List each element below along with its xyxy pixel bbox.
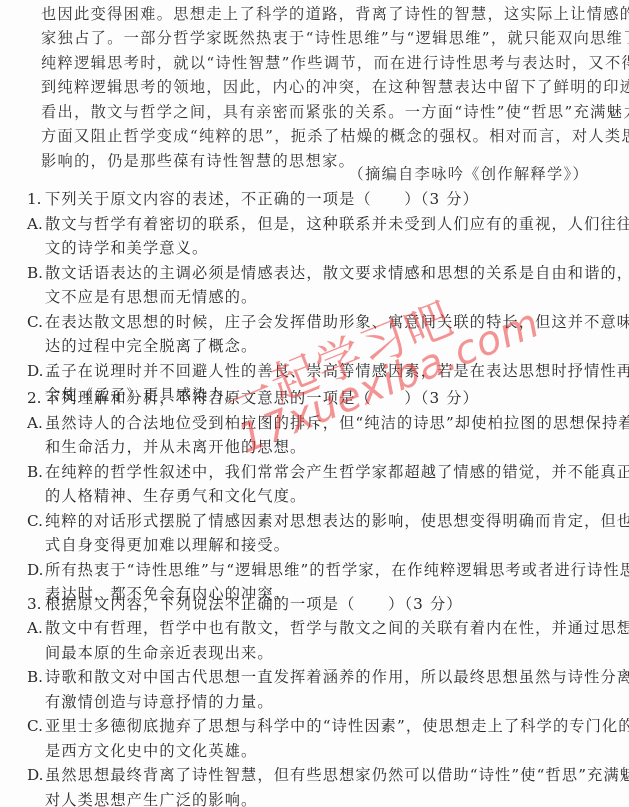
option-text: 在纯粹的哲学性叙述中，我们常常会产生哲学家都超越了情感的错觉，并不能真正懂得他们 bbox=[45, 463, 629, 481]
passage-line: 看出，散文与哲学之间，具有亲密而紧张的关系。一方面“诗性”使“哲思”充满魅力，另… bbox=[41, 102, 629, 122]
question-text: 下列关于原文内容的表述，不正确的一项是（ ）（3 分） bbox=[45, 190, 479, 208]
option-c: C.亚里士多德彻底抛弃了思想与科学中的“诗性因素”，使思想走上了科学的专门化的道… bbox=[27, 716, 629, 736]
option-text: 孟子在说理时并不回避人性的善良、崇高等情感因素，若是在表达思想时抒情性再强些，就 bbox=[45, 362, 629, 380]
option-text: 亚里士多德彻底抛弃了思想与科学中的“诗性因素”，使思想走上了科学的专门化的道路， bbox=[45, 717, 629, 735]
question-number: 2. bbox=[27, 388, 45, 408]
option-letter: C. bbox=[27, 511, 45, 531]
option-text: 散文话语表达的主调必须是情感表达，散文要求情感和思想的关系是自由和谐的，真正的散 bbox=[45, 264, 629, 282]
passage-source: （摘编自李咏吟《创作解释学》） bbox=[349, 164, 589, 184]
passage-line: 到纯粹逻辑思考的领地，因此，内心的冲突，在这种智慧表达中留下了鲜明的印迹。从中可… bbox=[41, 77, 629, 97]
option-letter: A. bbox=[27, 214, 45, 234]
option-letter: D. bbox=[27, 361, 45, 381]
option-continuation: 和生命活力，并从未离开他的思想。 bbox=[45, 437, 306, 457]
question-stem: 2.下列理解和分析，不符合原文意思的一项是（ ）（3 分） bbox=[27, 388, 479, 408]
passage-line: 家独占了。一部分哲学家既然热衷于“诗性思维”与“逻辑思维”，就只能双向思维了，即… bbox=[41, 28, 629, 48]
passage-line: 也因此变得困难。思想走上了科学的道路，背离了诗性的智慧，这实际上让情感的领地由文… bbox=[41, 4, 629, 24]
exam-page: 也因此变得困难。思想走上了科学的道路，背离了诗性的智慧，这实际上让情感的领地由文… bbox=[0, 0, 629, 807]
option-continuation: 式自身变得更加难以理解和接受。 bbox=[45, 535, 290, 555]
option-b: B.诗歌和散文对中国古代思想一直发挥着涵养的作用，所以最终思想虽然与诗性分离，但… bbox=[27, 667, 629, 687]
question-number: 1. bbox=[27, 189, 45, 209]
question-stem: 1.下列关于原文内容的表述，不正确的一项是（ ）（3 分） bbox=[27, 189, 479, 209]
option-c: C.纯粹的对话形式摆脱了情感因素对思想表达的影响，使思想变得明确而肯定，但也使对… bbox=[27, 511, 629, 531]
option-continuation: 有激情创造与诗意抒情的力量。 bbox=[45, 692, 274, 712]
option-text: 在表达散文思想的时候，庄子会发挥借助形象、寓意间关联的特长，但这并不意味着他在表 bbox=[45, 313, 629, 331]
option-letter: C. bbox=[27, 716, 45, 736]
question-text: 根据原文内容，下列说法不正确的一项是（ ）（3 分） bbox=[45, 595, 463, 613]
passage-line: 纯粹逻辑思考时，就以“诗性智慧”作些调节，而在进行诗性思考与表达时，又不得不赶紧… bbox=[41, 53, 629, 73]
option-text: 所有热衷于“诗性思维”与“逻辑思维”的哲学家，在作纯粹逻辑思考或者进行诗性思考与 bbox=[45, 561, 629, 579]
option-text: 散文与哲学有着密切的联系，但是，这种联系并未受到人们应有的重视，人们往往更看重散 bbox=[45, 215, 629, 233]
option-a: A.散文中有哲理，哲学中也有散文，哲学与散文之间的关联有着内在性，并通过思想与情… bbox=[27, 618, 629, 638]
option-a: A.虽然诗人的合法地位受到柏拉图的排斥，但“纯洁的诗思”却使柏拉图的思想保持着原… bbox=[27, 413, 629, 433]
option-letter: C. bbox=[27, 312, 45, 332]
option-letter: A. bbox=[27, 413, 45, 433]
option-continuation: 达的过程中完全脱离了概念。 bbox=[45, 336, 257, 356]
option-text: 虽然思想最终背离了诗性智慧，但有些思想家仍然可以借助“诗性”使“哲思”充满魅力， bbox=[45, 766, 629, 784]
option-b: B.散文话语表达的主调必须是情感表达，散文要求情感和思想的关系是自由和谐的，真正… bbox=[27, 263, 629, 283]
option-letter: B. bbox=[27, 263, 45, 283]
option-continuation: 文不应是有思想而无情感的。 bbox=[45, 287, 257, 307]
option-letter: D. bbox=[27, 560, 45, 580]
option-d: D.孟子在说理时并不回避人性的善良、崇高等情感因素，若是在表达思想时抒情性再强些… bbox=[27, 361, 629, 381]
option-continuation: 是西方文化史中的文化英雄。 bbox=[45, 741, 257, 761]
question-text: 下列理解和分析，不符合原文意思的一项是（ ）（3 分） bbox=[45, 389, 479, 407]
option-d: D.虽然思想最终背离了诗性智慧，但有些思想家仍然可以借助“诗性”使“哲思”充满魅… bbox=[27, 765, 629, 785]
option-text: 散文中有哲理，哲学中也有散文，哲学与散文之间的关联有着内在性，并通过思想与情感之 bbox=[45, 619, 629, 637]
option-continuation: 对人类思想产生广泛的影响。 bbox=[45, 790, 257, 807]
option-letter: B. bbox=[27, 462, 45, 482]
option-a: A.散文与哲学有着密切的联系，但是，这种联系并未受到人们应有的重视，人们往往更看… bbox=[27, 214, 629, 234]
option-c: C.在表达散文思想的时候，庄子会发挥借助形象、寓意间关联的特长，但这并不意味着他… bbox=[27, 312, 629, 332]
option-text: 纯粹的对话形式摆脱了情感因素对思想表达的影响，使思想变得明确而肯定，但也使对话形 bbox=[45, 512, 629, 530]
option-d: D.所有热衷于“诗性思维”与“逻辑思维”的哲学家，在作纯粹逻辑思考或者进行诗性思… bbox=[27, 560, 629, 580]
passage-line: 方面又阻止哲学变成“纯粹的思”，扼杀了枯燥的概念的强权。相对而言，对人类思想产生… bbox=[41, 126, 629, 146]
option-text: 诗歌和散文对中国古代思想一直发挥着涵养的作用，所以最终思想虽然与诗性分离，但仍葆 bbox=[45, 668, 629, 686]
option-text: 虽然诗人的合法地位受到柏拉图的排斥，但“纯洁的诗思”却使柏拉图的思想保持着原创性 bbox=[45, 414, 629, 432]
question-stem: 3.根据原文内容，下列说法不正确的一项是（ ）（3 分） bbox=[27, 594, 463, 614]
option-b: B.在纯粹的哲学性叙述中，我们常常会产生哲学家都超越了情感的错觉，并不能真正懂得… bbox=[27, 462, 629, 482]
option-letter: D. bbox=[27, 765, 45, 785]
question-number: 3. bbox=[27, 594, 45, 614]
option-continuation: 文的诗学和美学意义。 bbox=[45, 238, 208, 258]
option-continuation: 间最本原的生命亲近表现出来。 bbox=[45, 643, 274, 663]
option-letter: B. bbox=[27, 667, 45, 687]
passage-line: 影响的，仍是那些葆有诗性智慧的思想家。 bbox=[41, 151, 355, 171]
option-letter: A. bbox=[27, 618, 45, 638]
option-continuation: 的人格精神、生存勇气和文化气度。 bbox=[45, 486, 306, 506]
